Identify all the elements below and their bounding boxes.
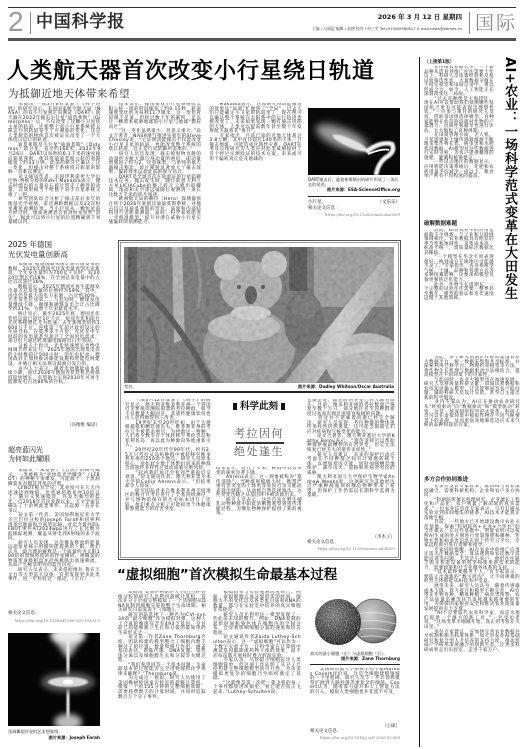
koala-body-col2: 结果显示，近几十年来，种群中有害突变的频率显著下降。 Ahrens表示，这一现象… (216, 467, 302, 555)
koala-reference-label: 相关论文信息： (307, 540, 339, 545)
virtual-cell-body-col3: 美国斯坦福大学系统生物学家Markus Covert评价说，这是全细胞建模领域的… (310, 668, 400, 724)
lead-photo-caption: DART撞击后，迪莫弗斯喷出的碎片形成了一条长长的尾迹。 图片来源：ESA-Sc… (308, 177, 400, 195)
lead-reference-label: 相关论文信息： (308, 206, 340, 211)
blue-flash-body: 本报讯 一项发表于《自然》的研究揭示，一类被称为“亮快蓝光学瞬变”（LFBOT）… (8, 469, 100, 610)
virtual-cell-caption-rule (310, 664, 400, 665)
bullet-mark-icon (233, 403, 237, 410)
lead-byline: （文乐乐） (378, 200, 401, 205)
ai-body-part2: 然而，AI在农业中的应用也面临不少挑战。与工业和互联网领域相比，农业数据具有明显… (424, 229, 494, 354)
koala-body-col1: 一项3月12日发表于《科学》的研究显示，澳大利亚维多利亚州一个曾因近亲繁殖而濒临… (125, 399, 211, 555)
lead-subheadline: 为抵御近地天体带来希望 (8, 88, 130, 100)
blue-flash-title: 超亮蓝闪光 为何如此耀眼 (8, 446, 50, 463)
page-number-divider (30, 12, 31, 34)
section-name: 国际 (475, 11, 517, 35)
black-hole-jet-illustration (8, 633, 100, 726)
masthead-top-rule (8, 7, 516, 8)
germany-solar-body: 本报讯 据德国联邦统计局日前发布的数据，2025年德国光伏发电量再创历史新高，全… (8, 263, 100, 423)
photo-credit: 图片来源：Zane Thornburg (341, 656, 400, 661)
lead-headline: 人类航天器首次改变小行星绕日轨道 (7, 58, 375, 86)
bullet-mark-icon (281, 403, 285, 410)
continued-from-label: （上接第1版） (424, 60, 454, 65)
germany-solar-byline: （冯维维 编译） (8, 423, 100, 428)
ai-body-part3: 为此，多个研究团队正在推动建设农业大数据平台，统一数据采集和共享标准，并探索利用… (424, 356, 520, 476)
lead-ending-text: 小行星。 (308, 200, 326, 205)
koala-body-col3: 也就是说，最危险的突变已经大部分消失。目前，维多利亚州的考拉数量已恢复至数十万只… (307, 399, 395, 535)
title-divider (236, 442, 284, 444)
lead-doi: https://doi.org/10.1126/sciadv.aea0209 (308, 212, 400, 217)
koala-photo-caption: 考拉。 图片来源：Dudley Whitson/Oscar Australia (124, 384, 394, 389)
lead-ending-row: 小行星。 （文乐乐） (308, 200, 400, 205)
photo-credit: 图片来源：ESA-ScienceOffice.org (327, 187, 400, 192)
column-label: 科学此刻 (214, 401, 304, 413)
photo-credit: 图片来源：Joseph Farah (49, 735, 100, 741)
virtual-cell-headline: “虚拟细胞”首次模拟生命最基本过程 (117, 566, 337, 584)
virtual-cell-caption: 真实的最小细胞（左）与虚拟细胞（右）。 图片来源：Zane Thornburg (310, 651, 400, 663)
newspaper-logo: 中国科学报 (36, 11, 125, 33)
koala-doi: https://doi.org/10.1126/science.adz4305 (307, 546, 395, 551)
caption-text: 真实的最小细胞（左）与虚拟细胞（右）。 (310, 651, 387, 656)
masthead-bottom-rule (8, 38, 516, 41)
blue-flash-caption: 黑洞撕裂伴星的艺术想象图。 图片来源：Joseph Farah (8, 729, 100, 741)
right-column-rule (419, 57, 420, 747)
koala-title-line1: 考拉因何 (214, 427, 304, 441)
koala-caption-rule (124, 391, 394, 393)
dart-debris-photo (308, 108, 400, 175)
ai-subhead-2: 多方合作协同推进 (424, 477, 468, 484)
issue-date: 2026 年 3 月 12 日 星期四 (330, 13, 462, 21)
ai-body-part1: 在传统农业研究中，一个新品种从选育到推广往往需要十年以上。科研人员依靠经验和反复… (424, 66, 494, 220)
blue-flash-doi: https://doi.org/10.1038/s41586-026-10323… (8, 618, 100, 623)
caption-text: 黑洞撕裂伴星的艺术想象图。 (8, 729, 62, 734)
caption-text: DART撞击后，迪莫弗斯喷出的碎片形成了一条长长的尾迹。 (308, 177, 399, 187)
newspaper-page: 2 中国科学报 2026 年 3 月 12 日 星期四 主编 / 冯丽妃 编辑 … (0, 0, 524, 749)
caption-text: 考拉。 (124, 384, 137, 389)
ai-body-part4: 在多位受访专家看来，推动AI与农业深度融合，需要科研机构、企业和农户多方协同。 … (424, 485, 520, 745)
lead-body: 本报讯 一项3月6日发表于《科学进展》的研究显示，美国国家航空航天局（NASA）… (8, 103, 302, 226)
virtual-cell-reference-label: 相关论文信息： (310, 729, 342, 734)
virtual-cell-doi: https://doi.org/10.1016/j.cell.2026.02.0… (310, 735, 400, 740)
page-number: 2 (8, 7, 24, 37)
ai-vertical-headline: AI+农业：一场科学范式变革在大田发生 (497, 57, 519, 309)
virtual-cell-body-col2: 模拟结果与实验观测高度吻合。例如，虚拟细胞完成分裂所需的时间、细胞大小的变化以及… (213, 591, 301, 743)
virtual-cell-spheres-image (312, 594, 398, 650)
germany-solar-title: 2025 年德国 光伏发电量创新高 (8, 240, 68, 260)
blue-flash-reference-label: 相关论文信息： (8, 611, 40, 616)
section-divider (469, 12, 470, 34)
virtual-cell-body-col1: 本报讯 美国伊利诺伊大学厄巴纳-香槟分校的研究人员利用超级计算机，首次在分子层面… (118, 591, 206, 746)
staff-credits: 主编 / 冯丽妃 编辑 / 赵路 校对 / 何工劳 Tel:(010)62580… (200, 26, 462, 31)
koala-title-line2: 绝处逢生 (214, 445, 304, 459)
ai-subhead-1: 破解数据难题 (424, 221, 457, 228)
caption-rule (308, 196, 400, 197)
koala-photo (124, 247, 394, 383)
photo-credit: 图片来源：Dudley Whitson/Oscar Australia (298, 384, 394, 389)
column-label-text: 科学此刻 (240, 401, 278, 412)
